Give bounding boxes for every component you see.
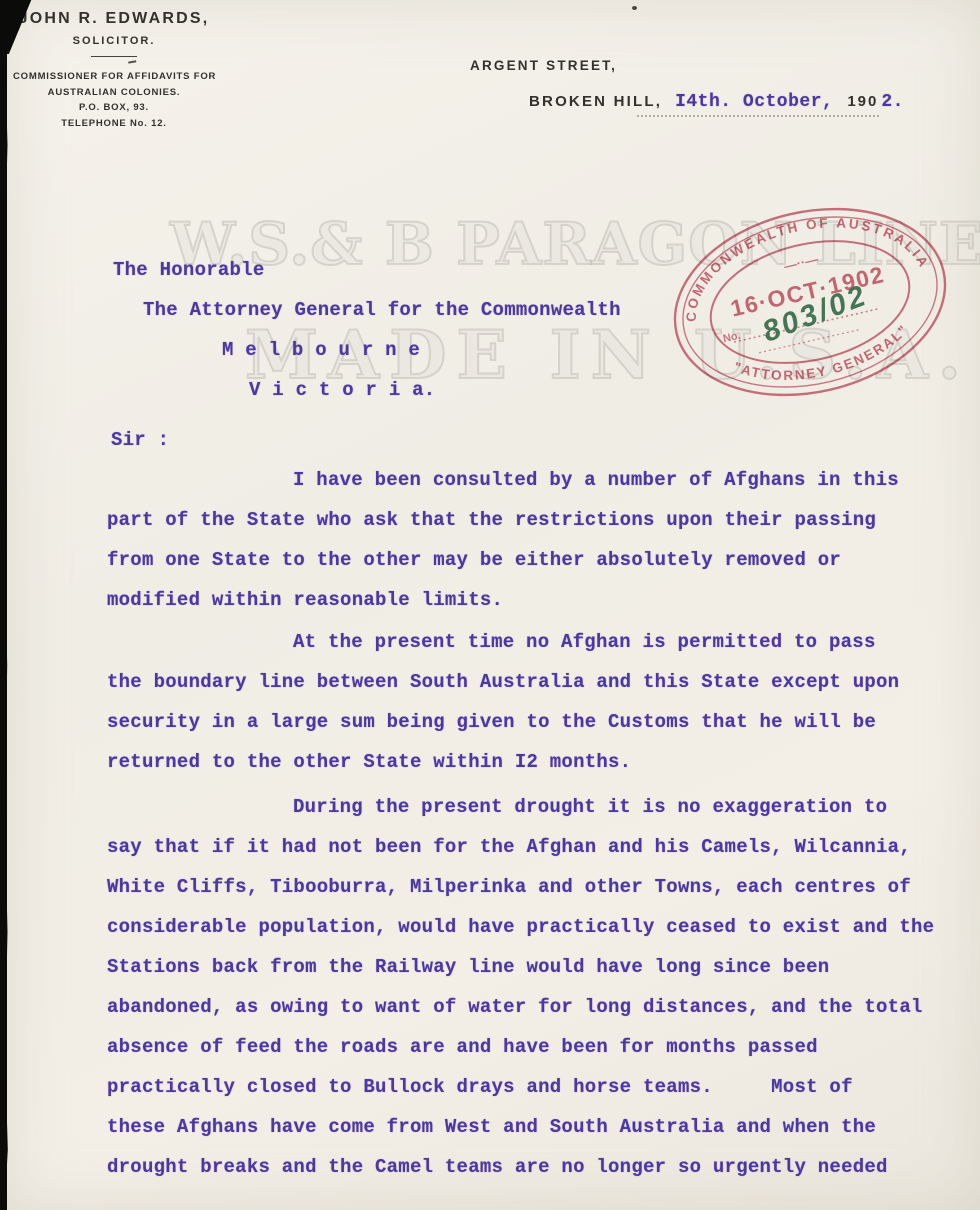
body-line: from one State to the other may be eithe… bbox=[107, 540, 967, 580]
body-line: At the present time no Afghan is permitt… bbox=[107, 622, 967, 662]
body-line: During the present drought it is no exag… bbox=[107, 787, 967, 827]
dateline-typed-year-digit: 2. bbox=[881, 92, 904, 112]
letterhead-name: JOHN R. EDWARDS, bbox=[13, 10, 215, 28]
letterhead: JOHN R. EDWARDS, SOLICITOR. COMMISSIONER… bbox=[13, 10, 215, 131]
paragraph-1: I have been consulted by a number of Afg… bbox=[107, 460, 967, 620]
body-line: the boundary line between South Australi… bbox=[107, 662, 967, 702]
body-line: I have been consulted by a number of Afg… bbox=[107, 460, 967, 500]
letter-paper: W.S.& B PARAGON LINEN. MADE IN U.S.A. JO… bbox=[7, 0, 980, 1210]
letterhead-commissioner-line2: AUSTRALIAN COLONIES. bbox=[13, 85, 215, 101]
body-line: absence of feed the roads are and have b… bbox=[107, 1027, 967, 1067]
letterhead-po-box: P.O. BOX, 93. bbox=[13, 100, 215, 116]
body-line: part of the State who ask that the restr… bbox=[107, 500, 967, 540]
letterhead-commissioner-line1: COMMISSIONER FOR AFFIDAVITS FOR bbox=[13, 69, 215, 85]
letterhead-telephone: TELEPHONE No. 12. bbox=[13, 116, 215, 132]
body-line: practically closed to Bullock drays and … bbox=[107, 1067, 967, 1107]
scanned-letter-page: { "letterhead": { "name": "JOHN R. EDWAR… bbox=[0, 0, 980, 1210]
letterhead-flourish-mark bbox=[128, 57, 137, 63]
body-line: Stations back from the Railway line woul… bbox=[107, 947, 967, 987]
body-line: security in a large sum being given to t… bbox=[107, 702, 967, 742]
body-line: White Cliffs, Tibooburra, Milperinka and… bbox=[107, 867, 967, 907]
dateline-dotted-rule bbox=[637, 115, 879, 117]
dateline: BROKEN HILL, I4th. October, 190 2. bbox=[529, 92, 904, 112]
letterhead-divider bbox=[91, 56, 137, 57]
paragraph-3: During the present drought it is no exag… bbox=[107, 787, 967, 1187]
dateline-city: BROKEN HILL, bbox=[529, 93, 662, 110]
dateline-typed-day-month: I4th. October, bbox=[675, 92, 833, 112]
stamp-ornament: —··— bbox=[782, 251, 819, 273]
dateline-street: ARGENT STREET, bbox=[470, 58, 617, 73]
dateline-printed-year: 190 bbox=[847, 93, 878, 110]
body-line: returned to the other State within I2 mo… bbox=[107, 742, 967, 782]
body-line: drought breaks and the Camel teams are n… bbox=[107, 1147, 967, 1187]
body-line: abandoned, as owing to want of water for… bbox=[107, 987, 967, 1027]
body-line: say that if it had not been for the Afgh… bbox=[107, 827, 967, 867]
paper-speck bbox=[632, 6, 637, 10]
body-line: these Afghans have come from West and So… bbox=[107, 1107, 967, 1147]
letterhead-title: SOLICITOR. bbox=[13, 35, 215, 47]
stamp-number-label: No. bbox=[722, 330, 742, 346]
body-line: modified within reasonable limits. bbox=[107, 580, 967, 620]
body-line: considerable population, would have prac… bbox=[107, 907, 967, 947]
paragraph-2: At the present time no Afghan is permitt… bbox=[107, 622, 967, 782]
salutation: Sir : bbox=[111, 420, 967, 460]
